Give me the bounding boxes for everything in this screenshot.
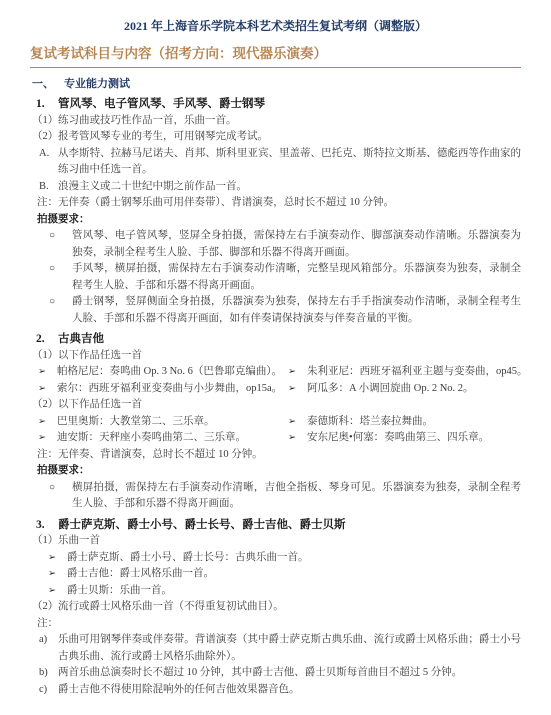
arrow-bullet-icon: ➢ <box>48 550 56 567</box>
item-label: （1） <box>32 348 58 365</box>
list-item: ○ 爵士钢琴，竖屏侧面全身拍摄，乐器演奏为独奏，保持左右手手指演奏动作清晰，录制… <box>30 294 521 327</box>
list-item: ○ 手风琴，横屏拍摄，需保持左右手演奏动作清晰，完整呈现风箱部分。乐器演奏为独奏… <box>30 261 521 294</box>
note-label: 注： <box>37 447 58 464</box>
arrow-bullet-icon: ➢ <box>38 430 46 447</box>
note-line: 注： 无伴奏（爵士钢琴乐曲可用伴奏带）、背谱演奏，总时长不超过 10 分钟。 <box>30 195 521 212</box>
note-item-text: 两首乐曲总演奏时长不超过 10 分钟，其中爵士吉他、爵士贝斯每首曲目不超过 5 … <box>58 667 462 678</box>
note-item-label: b) <box>39 665 48 682</box>
note-item-text: 乐曲可用钢琴伴奏或伴奏带。背谱演奏（其中爵士萨克斯古典乐曲、流行或爵士风格乐曲；… <box>58 634 521 662</box>
list-item: ➢ 巴里奥斯：大教堂第二、三乐章。 <box>30 414 280 431</box>
work-text: 阿瓜多：A 小调回旋曲 Op. 2 No. 2。 <box>307 383 474 394</box>
item-label: （2） <box>32 599 58 616</box>
section-3-title: 3. 爵士萨克斯、爵士小号、爵士长号、爵士吉他、爵士贝斯 <box>30 517 521 534</box>
list-item: （1） 以下作品任选一首 <box>30 348 521 365</box>
works-grid: ➢ 帕格尼尼：奏鸣曲 Op. 3 No. 6（巴鲁耶克编曲）。 ➢ 朱利亚尼：西… <box>30 364 521 397</box>
item-text: 练习曲或技巧性作品一首，乐曲一首。 <box>58 115 237 126</box>
list-item: ➢ 安东尼奥•何塞：奏鸣曲第三、四乐章。 <box>280 430 521 447</box>
works-grid: ➢ 巴里奥斯：大教堂第二、三乐章。 ➢ 泰德斯科：塔兰泰拉舞曲。 ➢ 迪安斯：天… <box>30 414 521 447</box>
list-item: ○ 横屏拍摄，需保持左右手演奏动作清晰，吉他全指板、琴身可见。乐器演奏为独奏，录… <box>30 480 521 513</box>
note-label: 注： <box>37 195 58 212</box>
arrow-text: 爵士萨克斯、爵士小号、爵士长号：古典乐曲一首。 <box>67 552 309 563</box>
list-item: B. 浪漫主义或二十世纪中期之前作品一首。 <box>30 179 521 196</box>
arrow-bullet-icon: ➢ <box>288 364 296 381</box>
arrow-bullet-icon: ➢ <box>38 364 46 381</box>
bullet-text: 爵士钢琴，竖屏侧面全身拍摄，乐器演奏为独奏，保持左右手手指演奏动作清晰，录制全程… <box>72 296 521 324</box>
arrow-bullet-icon: ➢ <box>38 414 46 431</box>
work-text: 索尔：西班牙福利亚变奏曲与小步舞曲，op15a。 <box>57 383 282 394</box>
section-2-number: 2. <box>36 331 45 348</box>
arrow-text: 爵士贝斯：乐曲一首。 <box>67 585 172 596</box>
item-label: （2） <box>32 397 58 414</box>
note-item-label: a) <box>39 632 47 649</box>
section-1-title: 1. 管风琴、电子管风琴、手风琴、爵士钢琴 <box>30 96 521 113</box>
item-text: 以下作品任选一首 <box>58 350 142 361</box>
list-item: ○ 管风琴、电子管风琴，竖屏全身拍摄，需保持左右手演奏动作、脚部演奏动作清晰。乐… <box>30 228 521 261</box>
work-text: 帕格尼尼：奏鸣曲 Op. 3 No. 6（巴鲁耶克编曲）。 <box>57 366 282 377</box>
arrow-bullet-icon: ➢ <box>48 583 56 600</box>
list-item: ➢ 阿瓜多：A 小调回旋曲 Op. 2 No. 2。 <box>280 381 528 398</box>
list-item: ➢ 泰德斯科：塔兰泰拉舞曲。 <box>280 414 521 431</box>
doc-title: 2021 年上海音乐学院本科艺术类招生复试考纲（调整版） <box>30 17 521 35</box>
item-text: 从李斯特、拉赫马尼诺夫、肖邦、斯科里亚宾、里盖蒂、巴托克、斯特拉文斯基、德彪西等… <box>58 148 521 176</box>
item-label: （2） <box>32 129 58 146</box>
part-title: 专业能力测试 <box>64 78 130 90</box>
bullet-text: 管风琴、电子管风琴，竖屏全身拍摄，需保持左右手演奏动作、脚部演奏动作清晰。乐器演… <box>72 230 521 258</box>
work-text: 朱利亚尼：西班牙福利亚主题与变奏曲，op45。 <box>307 366 528 377</box>
note-line: a) 乐曲可用钢琴伴奏或伴奏带。背谱演奏（其中爵士萨克斯古典乐曲、流行或爵士风格… <box>30 632 521 665</box>
arrow-bullet-icon: ➢ <box>288 381 296 398</box>
circle-bullet-icon: ○ <box>49 228 55 245</box>
list-item: A. 从李斯特、拉赫马尼诺夫、肖邦、斯科里亚宾、里盖蒂、巴托克、斯特拉文斯基、德… <box>30 146 521 179</box>
note-label: 注： <box>30 616 521 633</box>
item-text: 流行或爵士风格乐曲一首（不得重复初试曲目）。 <box>58 601 284 612</box>
section-3-title-text: 爵士萨克斯、爵士小号、爵士长号、爵士吉他、爵士贝斯 <box>58 519 346 531</box>
list-item: （1） 练习曲或技巧性作品一首，乐曲一首。 <box>30 113 521 130</box>
item-label: B. <box>39 179 49 196</box>
part-number: 一、 <box>32 78 54 90</box>
list-item: （1） 乐曲一首 <box>30 533 521 550</box>
part-heading: 一、专业能力测试 <box>30 76 521 92</box>
list-item: （2） 流行或爵士风格乐曲一首（不得重复初试曲目）。 <box>30 599 521 616</box>
list-item: （2） 报考管风琴专业的考生，可用钢琴完成考试。 <box>30 129 521 146</box>
shooting-requirements-label: 拍摄要求： <box>30 463 521 480</box>
item-label: A. <box>39 146 49 163</box>
note-line: c) 爵士吉他不得使用除混响外的任何吉他效果器音色。 <box>30 682 521 699</box>
item-text: 浪漫主义或二十世纪中期之前作品一首。 <box>58 181 247 192</box>
arrow-bullet-icon: ➢ <box>48 566 56 583</box>
work-text: 迪安斯：天秤座小奏鸣曲第二、三乐章。 <box>57 432 246 443</box>
document-page: 2021 年上海音乐学院本科艺术类招生复试考纲（调整版） 复试考试科目与内容（招… <box>0 0 551 715</box>
item-text: 报考管风琴专业的考生，可用钢琴完成考试。 <box>58 131 268 142</box>
section-2-title-text: 古典吉他 <box>58 333 104 345</box>
work-text: 安东尼奥•何塞：奏鸣曲第三、四乐章。 <box>307 432 489 443</box>
section-1-title-text: 管风琴、电子管风琴、手风琴、爵士钢琴 <box>58 98 265 110</box>
circle-bullet-icon: ○ <box>49 261 55 278</box>
item-text: 乐曲一首 <box>58 535 100 546</box>
list-item: （2） 以下作品任选一首 <box>30 397 521 414</box>
list-item: ➢ 爵士萨克斯、爵士小号、爵士长号：古典乐曲一首。 <box>30 550 521 567</box>
section-3-number: 3. <box>36 517 45 534</box>
note-item-text: 爵士吉他不得使用除混响外的任何吉他效果器音色。 <box>58 684 300 695</box>
bullet-text: 手风琴，横屏拍摄，需保持左右手演奏动作清晰，完整呈现风箱部分。乐器演奏为独奏，录… <box>72 263 521 291</box>
list-item: ➢ 索尔：西班牙福利亚变奏曲与小步舞曲，op15a。 <box>30 381 280 398</box>
note-line: 注： 无伴奏、背谱演奏，总时长不超过 10 分钟。 <box>30 447 521 464</box>
list-item: ➢ 爵士吉他：爵士风格乐曲一首。 <box>30 566 521 583</box>
arrow-bullet-icon: ➢ <box>288 430 296 447</box>
note-item-label: c) <box>39 682 47 699</box>
item-text: 以下作品任选一首 <box>58 399 142 410</box>
list-item: ➢ 帕格尼尼：奏鸣曲 Op. 3 No. 6（巴鲁耶克编曲）。 <box>30 364 280 381</box>
shooting-requirements-label: 拍摄要求： <box>30 212 521 229</box>
list-item: ➢ 迪安斯：天秤座小奏鸣曲第二、三乐章。 <box>30 430 280 447</box>
bullet-text: 横屏拍摄，需保持左右手演奏动作清晰，吉他全指板、琴身可见。乐器演奏为独奏，录制全… <box>72 482 521 510</box>
list-item: ➢ 爵士贝斯：乐曲一首。 <box>30 583 521 600</box>
note-text: 无伴奏、背谱演奏，总时长不超过 10 分钟。 <box>58 449 263 460</box>
arrow-text: 爵士吉他：爵士风格乐曲一首。 <box>67 568 214 579</box>
circle-bullet-icon: ○ <box>49 480 55 497</box>
circle-bullet-icon: ○ <box>49 294 55 311</box>
arrow-bullet-icon: ➢ <box>38 381 46 398</box>
main-heading: 复试考试科目与内容（招考方向：现代器乐演奏） <box>30 44 521 68</box>
item-label: （1） <box>32 113 58 130</box>
section-2-title: 2. 古典吉他 <box>30 331 521 348</box>
section-1-number: 1. <box>36 96 45 113</box>
list-item: ➢ 朱利亚尼：西班牙福利亚主题与变奏曲，op45。 <box>280 364 528 381</box>
item-label: （1） <box>32 533 58 550</box>
note-line: b) 两首乐曲总演奏时长不超过 10 分钟，其中爵士吉他、爵士贝斯每首曲目不超过… <box>30 665 521 682</box>
work-text: 巴里奥斯：大教堂第二、三乐章。 <box>57 416 215 427</box>
arrow-bullet-icon: ➢ <box>288 414 296 431</box>
work-text: 泰德斯科：塔兰泰拉舞曲。 <box>307 416 433 427</box>
note-text: 无伴奏（爵士钢琴乐曲可用伴奏带）、背谱演奏，总时长不超过 10 分钟。 <box>58 197 394 208</box>
